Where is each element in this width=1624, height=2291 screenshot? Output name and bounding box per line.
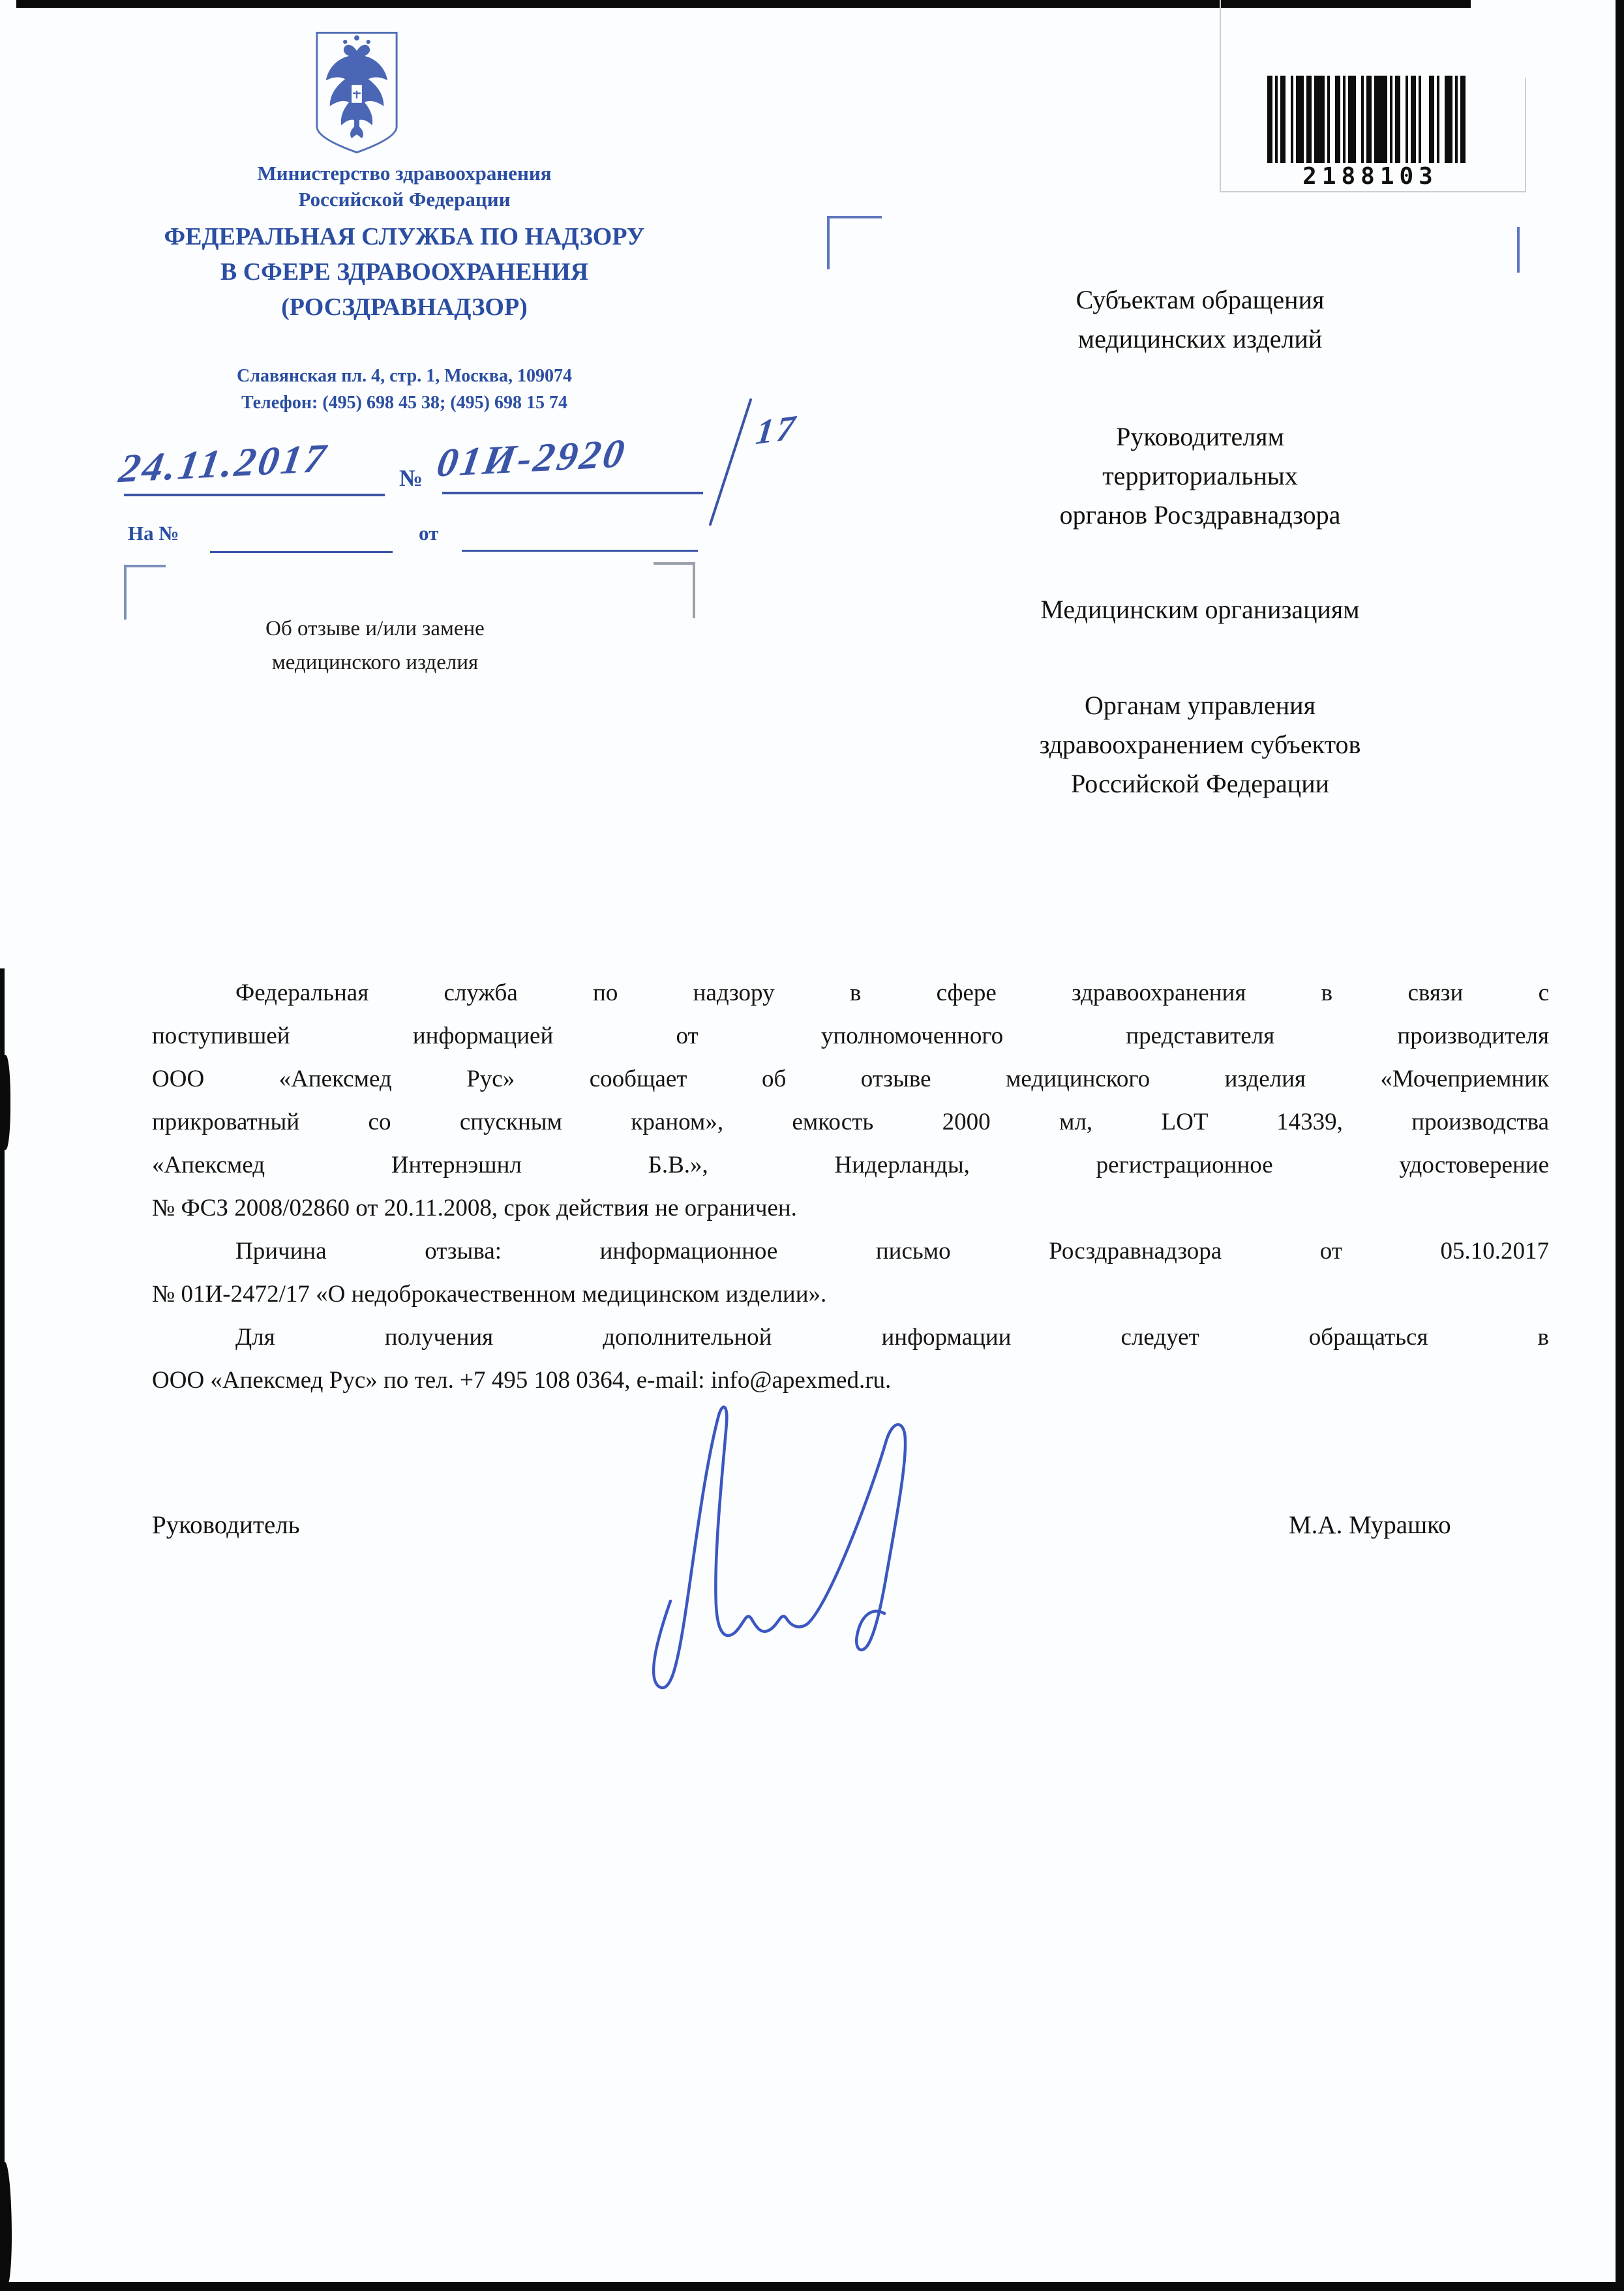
scan-edge-right: [1616, 0, 1624, 2291]
barcode-box-right-line: [1525, 78, 1526, 192]
number-underline: [442, 492, 703, 494]
barcode-gap: [1400, 76, 1406, 163]
barcode-bar: [1374, 76, 1387, 163]
barcode-bar: [1460, 76, 1466, 163]
barcode-gap: [1439, 76, 1445, 163]
signer-title: Руководитель: [152, 1510, 300, 1540]
recipient-group-health-authorities: Органам управления здравоохранением субъ…: [854, 686, 1546, 803]
body-line: № ФСЗ 2008/02860 от 20.11.2008, срок дей…: [152, 1187, 1549, 1230]
reply-from-underline: [462, 550, 698, 552]
subject-line-1: Об отзыве и/или замене: [183, 612, 567, 646]
barcode-number: 2188103: [1267, 163, 1473, 190]
service-name: ФЕДЕРАЛЬНАЯ СЛУЖБА ПО НАДЗОРУ В СФЕРЕ ЗД…: [91, 219, 717, 325]
barcode-bars: [1267, 76, 1473, 163]
barcode-bar: [1348, 76, 1356, 163]
service-line-2: В СФЕРЕ ЗДРАВООХРАНЕНИЯ: [91, 254, 717, 290]
recipient-group-medical-organizations: Медицинским организациям: [854, 590, 1546, 629]
subject-line-2: медицинского изделия: [183, 646, 567, 680]
barcode-gap: [1421, 76, 1429, 163]
reply-number-label: На №: [128, 522, 179, 545]
service-line-3: (РОСЗДРАВНАДЗОР): [91, 290, 717, 325]
barcode-bar: [1445, 76, 1452, 163]
barcode-bar: [1296, 76, 1304, 163]
body-line: Для получения дополнительной информации …: [152, 1316, 1549, 1359]
scan-edge-left-wedge: [0, 2162, 12, 2286]
scanned-letter-page: Министерство здравоохранения Российской …: [0, 0, 1624, 2291]
subject-block: Об отзыве и/или замене медицинского изде…: [183, 612, 567, 680]
scan-edge-left-blob: [0, 1055, 10, 1150]
barcode-box-left-line: [1220, 0, 1221, 191]
barcode-bar: [1335, 76, 1340, 163]
letterhead-address: Славянская пл. 4, стр. 1, Москва, 109074: [91, 363, 717, 389]
coat-of-arms-icon: [312, 29, 402, 157]
reply-number-underline: [210, 551, 393, 553]
barcode-bar: [1267, 76, 1272, 163]
handwritten-number: 01И-2920: [434, 431, 630, 487]
letter-body: Федеральная служба по надзору в сфере зд…: [152, 972, 1549, 1402]
recipient-group-territorial-heads: Руководителям территориальных органов Ро…: [854, 417, 1546, 535]
scan-edge-bottom: [0, 2282, 1624, 2291]
body-line: № 01И-2472/17 «О недоброкачественном мед…: [152, 1273, 1549, 1316]
body-line: ООО «Апексмед Рус» сообщает об отзыве ме…: [152, 1058, 1549, 1101]
subject-corner-left-vertical: [124, 565, 127, 620]
subject-corner-right-vertical: [693, 562, 695, 618]
barcode-bar: [1306, 76, 1312, 163]
body-line: поступившей информацией от уполномоченно…: [152, 1015, 1549, 1058]
recipient-line: органов Росздравнадзора: [854, 496, 1546, 535]
service-line-1: ФЕДЕРАЛЬНАЯ СЛУЖБА ПО НАДЗОРУ: [91, 219, 717, 254]
barcode-bar: [1366, 76, 1372, 163]
body-line: прикроватный со спускным краном», емкост…: [152, 1101, 1549, 1144]
ministry-line-2: Российской Федерации: [91, 187, 717, 213]
barcode-bar: [1429, 76, 1434, 163]
ministry-line-1: Министерство здравоохранения: [91, 160, 717, 187]
recipient-group-subjects: Субъектам обращения медицинских изделий: [854, 280, 1546, 359]
date-underline: [124, 494, 385, 496]
number-sign-label: №: [399, 464, 423, 492]
recipients-corner-left-horizontal: [827, 216, 882, 218]
scan-edge-top: [16, 0, 1471, 8]
barcode-gap: [1356, 76, 1361, 163]
body-line: Федеральная служба по надзору в сфере зд…: [152, 972, 1549, 1015]
reply-from-label: от: [419, 522, 438, 545]
recipient-line: Медицинским организациям: [854, 590, 1546, 629]
recipients-corner-right-vertical: [1517, 227, 1520, 273]
barcode-bar: [1280, 76, 1286, 163]
recipient-line: медицинских изделий: [854, 320, 1546, 359]
handwritten-signature: [574, 1396, 952, 1696]
recipient-line: территориальных: [854, 457, 1546, 496]
barcode-gap: [1286, 76, 1291, 163]
barcode-box-bottom-line: [1220, 191, 1526, 192]
barcode-gap: [1466, 76, 1471, 163]
letterhead-contacts: Славянская пл. 4, стр. 1, Москва, 109074…: [91, 363, 717, 416]
subject-corner-left-horizontal: [124, 565, 166, 567]
handwritten-number-suffix: 17: [754, 407, 800, 453]
body-line: Причина отзыва: информационное письмо Ро…: [152, 1230, 1549, 1273]
barcode-bar: [1395, 76, 1400, 163]
handwritten-slash-stroke: [708, 398, 752, 526]
barcode-bar: [1411, 76, 1416, 163]
ministry-name: Министерство здравоохранения Российской …: [91, 160, 717, 213]
recipient-line: здравоохранением субъектов: [854, 725, 1546, 764]
barcode-gap: [1330, 76, 1335, 163]
recipient-line: Субъектам обращения: [854, 280, 1546, 320]
recipients-corner-left-vertical: [827, 216, 830, 269]
signer-name: М.А. Мурашко: [1289, 1510, 1451, 1540]
subject-corner-right-horizontal: [654, 562, 695, 565]
scan-edge-left: [0, 968, 5, 2291]
recipient-line: Органам управления: [854, 686, 1546, 725]
letterhead-phone: Телефон: (495) 698 45 38; (495) 698 15 7…: [91, 389, 717, 416]
barcode-bar: [1314, 76, 1325, 163]
body-line: «Апексмед Интернэшнл Б.В.», Нидерланды, …: [152, 1144, 1549, 1187]
handwritten-date: 24.11.2017: [116, 436, 331, 492]
recipient-line: Руководителям: [854, 417, 1546, 457]
recipient-line: Российской Федерации: [854, 764, 1546, 803]
